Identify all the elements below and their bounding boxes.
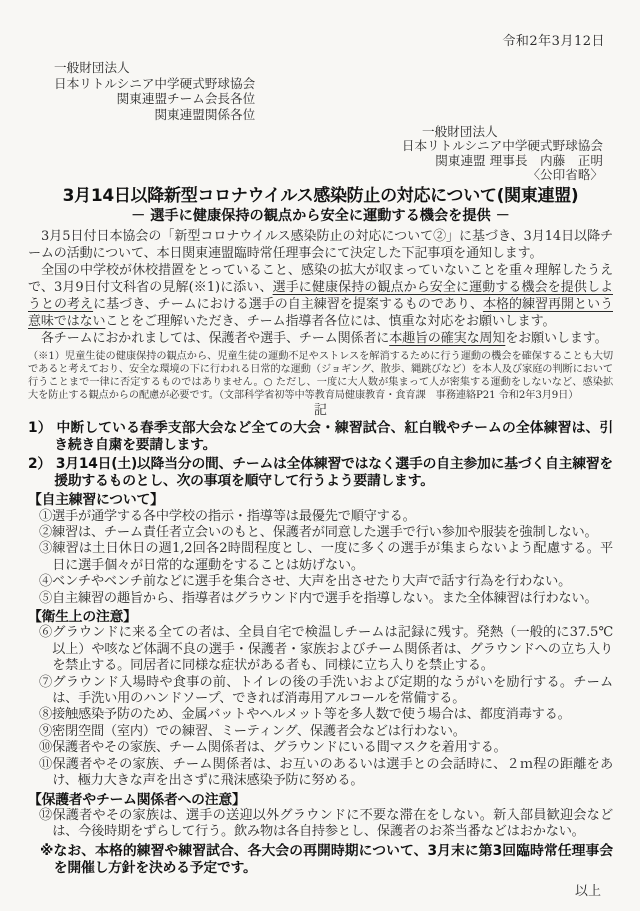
document-date: 令和2年3月12日: [28, 34, 613, 50]
rule-item-11: ⑪保護者やその家族、チーム関係者は、お互いのあるいは選手との会話時に、２ｍ程の距…: [39, 757, 613, 790]
directive-text: 中断している春季支部大会など全ての大会・練習試合、紅白戦やチームの全体練習は、引…: [54, 420, 613, 453]
directive-number: 1）: [28, 420, 56, 436]
rule-item-10: ⑩保護者やその家族、チーム関係者は、グラウンドにいる間マスクを着用する。: [39, 740, 613, 756]
intro-text: 3月5日付日本協会の「新型コロナウイルス感染防止の対応について②」に基づき、3月…: [28, 229, 613, 261]
sender-line: 関東連盟 理事長 内藤 正明: [402, 154, 603, 169]
intro-text: ことをご理解いただき、チーム指導者各位には、慎重な対応をお願いします。: [105, 314, 555, 329]
recipient-block: 一般財団法人 日本リトルシニア中学硬式野球協会 関東連盟チーム会長各位 関東連盟…: [54, 60, 255, 122]
intro-paragraph-2: 全国の中学校が休校措置をとっていること、感染の拡大が収まっていないことを重々理解…: [28, 262, 613, 330]
section-heading-guardians: 【保護者やチーム関係者への注意】: [28, 792, 613, 809]
directive-number: 2）: [28, 456, 56, 472]
intro-text: 各チームにおかれましては、保護者や選手、チーム関係者に: [28, 331, 389, 346]
record-marker: 記: [28, 403, 613, 418]
directive-1: 1）中断している春季支部大会など全ての大会・練習試合、紅白戦やチームの全体練習は…: [28, 420, 613, 454]
sender-line: 日本リトルシニア中学硬式野球協会: [402, 139, 603, 154]
intro-text: をお願いします。: [505, 331, 607, 346]
rule-item-6: ⑥グラウンドに来る全ての者は、全員自宅で検温しチームは記録に残す。発熱（一般的に…: [39, 625, 613, 674]
recipient-line: 関東連盟関係各位: [54, 107, 255, 123]
document-page: 令和2年3月12日 一般財団法人 日本リトルシニア中学硬式野球協会 関東連盟チー…: [0, 0, 640, 911]
rule-item-1: ①選手が通学する各中学校の指示・指導等は最優先で順守する。: [39, 509, 613, 525]
section-heading-hygiene: 【衛生上の注意】: [28, 609, 613, 626]
sender-seal-note: 〈公印省略〉: [402, 168, 603, 183]
sender-line: 一般財団法人: [402, 125, 603, 140]
rule-item-12: ⑫保護者やその家族は、選手の送迎以外グラウンドに不要な滞在をしない。新入部員歓迎…: [39, 808, 613, 841]
intro-paragraph-1: 3月5日付日本協会の「新型コロナウイルス感染防止の対応について②」に基づき、3月…: [28, 228, 613, 262]
recipient-line: 一般財団法人: [54, 60, 255, 76]
rule-item-3: ③練習は土日休日の週1,2回各2時間程度とし、一度に多くの選手が集まらないよう配…: [39, 541, 613, 574]
section-guardians: 【保護者やチーム関係者への注意】 ⑫保護者やその家族は、選手の送迎以外グラウンド…: [28, 792, 613, 841]
closing-note: ※なお、本格的練習や練習試合、各大会の再開時期について、3月末に第3回臨時常任理…: [40, 843, 613, 878]
recipient-line: 日本リトルシニア中学硬式野球協会: [54, 76, 255, 92]
closing-mark: 以上: [28, 884, 613, 900]
rule-item-8: ⑧接触感染予防のため、金属バットやヘルメット等を多人数で使う場合は、都度消毒する…: [39, 707, 613, 723]
rule-item-2: ②練習は、チーム責任者立会いのもと、保護者が同意した選手で行い参加や服装を強制し…: [39, 525, 613, 541]
intro-text: に基づき、チームにおける選手の自主練習を提案するものであり、: [93, 297, 483, 312]
section-hygiene: 【衛生上の注意】 ⑥グラウンドに来る全ての者は、全員自宅で検温しチームは記録に残…: [28, 609, 613, 790]
recipient-line: 関東連盟チーム会長各位: [54, 91, 255, 107]
directive-2: 2）3月14日(土)以降当分の間、チームは全体練習ではなく選手の自主参加に基づく…: [28, 456, 613, 490]
underlined-text: 本趣旨の確実な周知: [389, 331, 505, 346]
rule-item-9: ⑨密閉空間（室内）での練習、ミーティング、保護者会などは行わない。: [39, 724, 613, 740]
intro-paragraph-3: 各チームにおかれましては、保護者や選手、チーム関係者に本趣旨の確実な周知をお願い…: [28, 330, 613, 347]
document-title: 3月14日以降新型コロナウイルス感染防止の対応について(関東連盟): [28, 186, 613, 206]
rule-item-4: ④ベンチやベンチ前などに選手を集合させ、大声を出させたり大声で話す行為を行わない…: [39, 574, 613, 590]
rule-item-7: ⑦グラウンド入場時や食事の前、トイレの後の手洗いおよび定期的なうがいを励行する。…: [39, 675, 613, 708]
sender-block-wrap: 一般財団法人 日本リトルシニア中学硬式野球協会 関東連盟 理事長 内藤 正明 〈…: [28, 125, 613, 184]
rule-item-5: ⑤自主練習の趣旨から、指導者はグラウンド内で選手を指導しない。また全体練習は行わ…: [39, 591, 613, 607]
directive-text: 3月14日(土)以降当分の間、チームは全体練習ではなく選手の自主参加に基づく自主…: [54, 456, 613, 489]
sender-block: 一般財団法人 日本リトルシニア中学硬式野球協会 関東連盟 理事長 内藤 正明 〈…: [402, 125, 603, 183]
document-subtitle: － 選手に健康保持の観点から安全に運動する機会を提供 －: [28, 207, 613, 225]
section-heading-practice: 【自主練習について】: [28, 492, 613, 509]
footnote-note1: （※1）児童生徒の健康保持の観点から、児童生徒の運動不足やストレスを解消するため…: [28, 350, 613, 402]
section-self-practice: 【自主練習について】 ①選手が通学する各中学校の指示・指導等は最優先で順守する。…: [28, 492, 613, 607]
